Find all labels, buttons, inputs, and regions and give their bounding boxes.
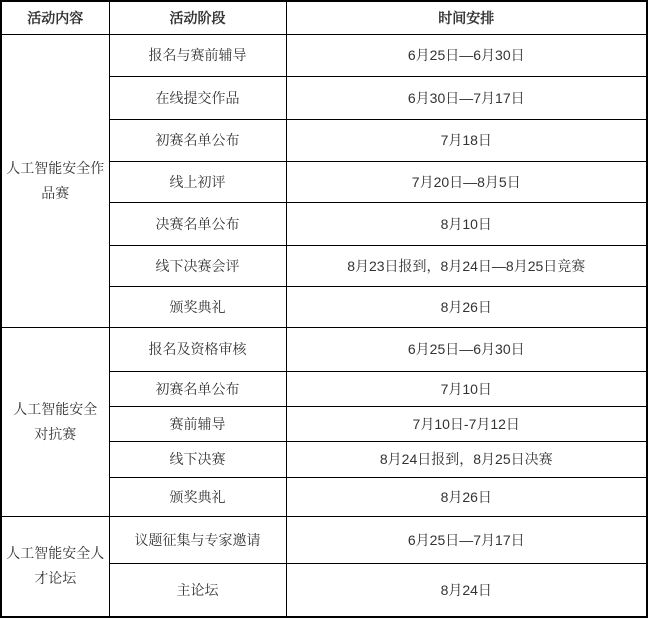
time-cell: 8月23日报到，8月24日—8月25日竞赛: [286, 245, 647, 286]
time-cell: 7月10日: [286, 371, 647, 406]
activity-category-cell: 人工智能安全作 品赛: [1, 34, 109, 327]
time-cell: 8月24日报到，8月25日决赛: [286, 441, 647, 477]
time-cell: 8月26日: [286, 286, 647, 327]
stage-cell: 赛前辅导: [109, 406, 286, 441]
time-cell: 6月30日—7月17日: [286, 76, 647, 119]
stage-cell: 决赛名单公布: [109, 202, 286, 245]
table-body: 人工智能安全作 品赛 报名与赛前辅导 6月25日—6月30日 在线提交作品 6月…: [1, 34, 647, 617]
time-cell: 6月25日—7月17日: [286, 516, 647, 563]
time-cell: 6月25日—6月30日: [286, 327, 647, 371]
stage-cell: 颁奖典礼: [109, 477, 286, 516]
stage-cell: 初赛名单公布: [109, 119, 286, 161]
stage-cell: 颁奖典礼: [109, 286, 286, 327]
table-row: 人工智能安全人 才论坛 议题征集与专家邀请 6月25日—7月17日: [1, 516, 647, 563]
stage-cell: 报名及资格审核: [109, 327, 286, 371]
schedule-table: 活动内容 活动阶段 时间安排 人工智能安全作 品赛 报名与赛前辅导 6月25日—…: [0, 0, 648, 618]
page: 活动内容 活动阶段 时间安排 人工智能安全作 品赛 报名与赛前辅导 6月25日—…: [0, 0, 648, 620]
time-cell: 7月18日: [286, 119, 647, 161]
time-cell: 8月24日: [286, 563, 647, 617]
stage-cell: 线下决赛会评: [109, 245, 286, 286]
time-cell: 8月26日: [286, 477, 647, 516]
time-cell: 7月20日—8月5日: [286, 161, 647, 202]
activity-category-cell: 人工智能安全 对抗赛: [1, 327, 109, 516]
stage-cell: 主论坛: [109, 563, 286, 617]
stage-cell: 初赛名单公布: [109, 371, 286, 406]
table-row: 人工智能安全作 品赛 报名与赛前辅导 6月25日—6月30日: [1, 34, 647, 76]
activity-category-cell: 人工智能安全人 才论坛: [1, 516, 109, 617]
time-cell: 7月10日-7月12日: [286, 406, 647, 441]
table-row: 人工智能安全 对抗赛 报名及资格审核 6月25日—6月30日: [1, 327, 647, 371]
time-cell: 8月10日: [286, 202, 647, 245]
stage-cell: 在线提交作品: [109, 76, 286, 119]
header-activity-stage: 活动阶段: [109, 1, 286, 34]
header-activity-content: 活动内容: [1, 1, 109, 34]
header-row: 活动内容 活动阶段 时间安排: [1, 1, 647, 34]
stage-cell: 议题征集与专家邀请: [109, 516, 286, 563]
stage-cell: 报名与赛前辅导: [109, 34, 286, 76]
header-time-arrangement: 时间安排: [286, 1, 647, 34]
table-header: 活动内容 活动阶段 时间安排: [1, 1, 647, 34]
stage-cell: 线上初评: [109, 161, 286, 202]
stage-cell: 线下决赛: [109, 441, 286, 477]
time-cell: 6月25日—6月30日: [286, 34, 647, 76]
